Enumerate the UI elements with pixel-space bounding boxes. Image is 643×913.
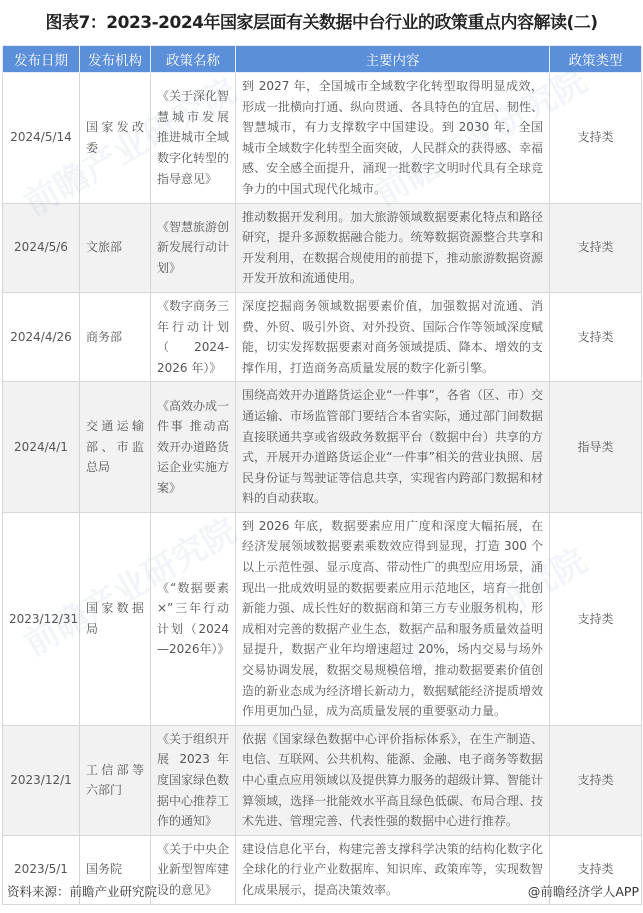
cell-policy-name: 《高效办成一件事 推动高效开办道路货运企业实施方案》	[151, 382, 236, 513]
cell-content: 到 2027 年，全国城市全域数字化转型取得明显成效，形成一批横向打通、纵向贯通…	[236, 73, 550, 204]
cell-content: 深度挖掘商务领域数据要素价值，加强数据对流通、消费、外贸、吸引外资、对外投资、国…	[236, 292, 550, 381]
table-row: 2024/5/6 文旅部 《智慧旅游创新发展行动计划》 推动数据开发利用。加大旅…	[3, 203, 642, 292]
cell-type: 支持类	[550, 512, 642, 725]
figure-title: 图表7：2023-2024年国家层面有关数据中台行业的政策重点内容解读(二)	[0, 8, 643, 33]
cell-date: 2024/4/1	[3, 382, 80, 513]
table-row: 2024/4/26 商务部 《数字商务三年行动计划（2024-2026 年）》 …	[3, 292, 642, 381]
column-header-date: 发布日期	[3, 46, 80, 73]
cell-org: 商务部	[80, 292, 151, 381]
cell-org: 工信部等六部门	[80, 725, 151, 835]
credit-note: @前瞻经济学人APP	[528, 882, 639, 900]
cell-type: 支持类	[550, 203, 642, 292]
cell-content: 建设信息化平台，构建完善支撑科学决策的结构化数字化全球化的行业产业数据库、知识库…	[236, 835, 550, 904]
cell-date: 2023/12/31	[3, 512, 80, 725]
cell-policy-name: 《智慧旅游创新发展行动计划》	[151, 203, 236, 292]
cell-policy-name: 《关于中央企业新型智库建设的意见》	[151, 835, 236, 904]
cell-content: 围绕高效开办道路货运企业“一件事”，各省（区、市）交通运输、市场监管部门要结合本…	[236, 382, 550, 513]
cell-date: 2024/5/6	[3, 203, 80, 292]
table-row: 2024/4/1 交通运输部、市监总局 《高效办成一件事 推动高效开办道路货运企…	[3, 382, 642, 513]
table-row: 2024/5/14 国家发改委 《关于深化智慧城市发展 推进城市全域数字化转型的…	[3, 73, 642, 204]
cell-policy-name: 《数字商务三年行动计划（2024-2026 年）》	[151, 292, 236, 381]
cell-policy-name: 《关于组织开展 2023 年度国家绿色数据中心推荐工作的通知》	[151, 725, 236, 835]
column-header-org: 发布机构	[80, 46, 151, 73]
column-header-type: 政策类型	[550, 46, 642, 73]
cell-content: 到 2026 年底，数据要素应用广度和深度大幅拓展，在经济发展领域数据要素乘数效…	[236, 512, 550, 725]
table-header-row: 发布日期 发布机构 政策名称 主要内容 政策类型	[3, 46, 642, 73]
source-note: 资料来源：前瞻产业研究院	[7, 882, 157, 900]
cell-date: 2024/5/14	[3, 73, 80, 204]
cell-date: 2023/12/1	[3, 725, 80, 835]
cell-content: 推动数据开发利用。加大旅游领域数据要素化特点和路径研究，提升多源数据融合能力。统…	[236, 203, 550, 292]
cell-type: 指导类	[550, 382, 642, 513]
column-header-policy-name: 政策名称	[151, 46, 236, 73]
cell-type: 支持类	[550, 73, 642, 204]
policy-table: 发布日期 发布机构 政策名称 主要内容 政策类型 2024/5/14 国家发改委…	[2, 45, 642, 905]
table-row: 2023/12/31 国家数据局 《“数据要素×”三年行动计划（2024—202…	[3, 512, 642, 725]
cell-org: 国家发改委	[80, 73, 151, 204]
column-header-content: 主要内容	[236, 46, 550, 73]
cell-policy-name: 《“数据要素×”三年行动计划（2024—2026年）》	[151, 512, 236, 725]
cell-type: 支持类	[550, 725, 642, 835]
cell-org: 国家数据局	[80, 512, 151, 725]
table-row: 2023/12/1 工信部等六部门 《关于组织开展 2023 年度国家绿色数据中…	[3, 725, 642, 835]
cell-org: 文旅部	[80, 203, 151, 292]
cell-date: 2024/4/26	[3, 292, 80, 381]
cell-org: 交通运输部、市监总局	[80, 382, 151, 513]
cell-type: 支持类	[550, 292, 642, 381]
cell-content: 依据《国家绿色数据中心评价指标体系》，在生产制造、电信、互联网、公共机构、能源、…	[236, 725, 550, 835]
cell-policy-name: 《关于深化智慧城市发展 推进城市全域数字化转型的指导意见》	[151, 73, 236, 204]
